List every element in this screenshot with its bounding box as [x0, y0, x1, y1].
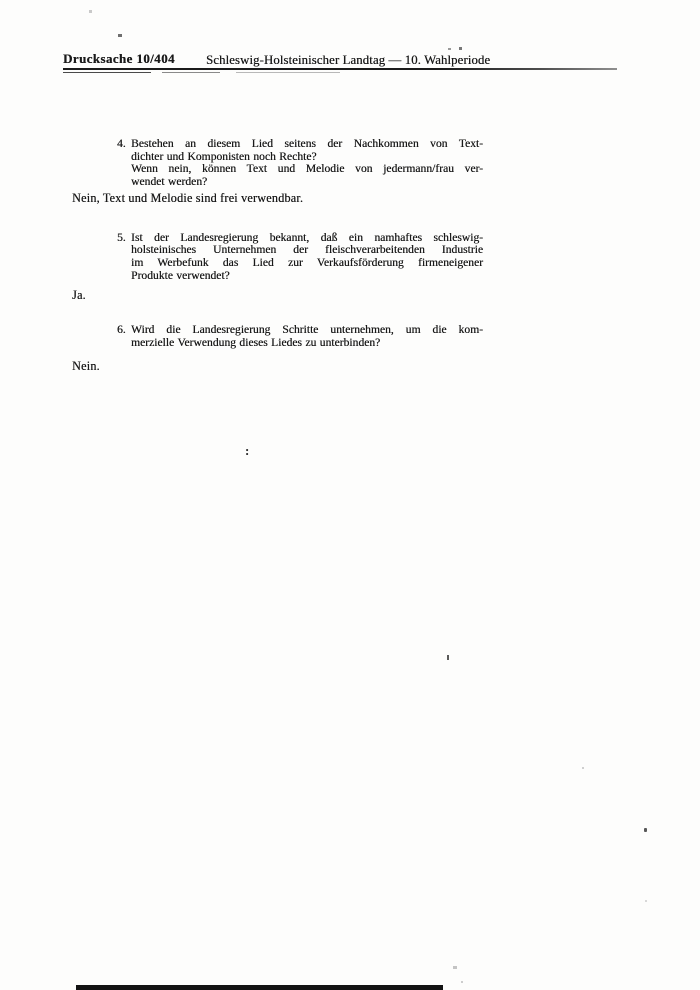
question-number: 4. [117, 138, 126, 151]
scan-speck [448, 48, 451, 50]
question-line: Produkte verwendet? [131, 270, 483, 283]
scan-speck [582, 767, 584, 769]
question-line: wendet werden? [131, 176, 483, 189]
question-item-4: 4. Bestehen an diesem Lied seitens der N… [131, 138, 483, 189]
page-header-title: Schleswig-Holsteinischer Landtag — 10. W… [206, 53, 490, 68]
scan-speck [89, 10, 92, 13]
question-line: merzielle Verwendung dieses Liedes zu un… [131, 337, 483, 350]
question-number: 6. [117, 324, 126, 337]
header-rule-fragment [162, 72, 220, 73]
scan-artifact-bar [76, 985, 443, 990]
question-line: im Werbefunk das Lied zur Verkaufsförder… [131, 257, 483, 270]
question-line: Bestehen an diesem Lied seitens der Nach… [131, 138, 483, 151]
scan-speck [453, 966, 457, 969]
header-rule-fragment [63, 72, 151, 74]
question-line: holsteinisches Unternehmen der fleischve… [131, 244, 483, 257]
document-page: Drucksache 10/404 Schleswig-Holsteinisch… [0, 0, 700, 990]
question-number: 5. [117, 232, 126, 245]
scan-speck [461, 981, 463, 983]
header-rule [63, 68, 617, 70]
answer-text: Nein, Text und Melodie sind frei verwend… [72, 191, 303, 206]
question-line: Wird die Landesregierung Schritte untern… [131, 324, 483, 337]
scan-speck [447, 655, 449, 660]
answer-text: Nein. [72, 359, 100, 374]
scan-speck [118, 34, 122, 37]
header-rule-fragment [236, 72, 340, 73]
document-number: Drucksache 10/404 [63, 51, 175, 67]
answer-text: Ja. [72, 288, 86, 303]
question-item-6: 6. Wird die Landesregierung Schritte unt… [131, 324, 483, 349]
scan-speck [644, 828, 647, 832]
question-item-5: 5. Ist der Landesregierung bekannt, daß … [131, 232, 483, 283]
stray-colon-mark: : [245, 443, 249, 459]
scan-speck [459, 47, 462, 50]
scan-speck [645, 900, 647, 902]
